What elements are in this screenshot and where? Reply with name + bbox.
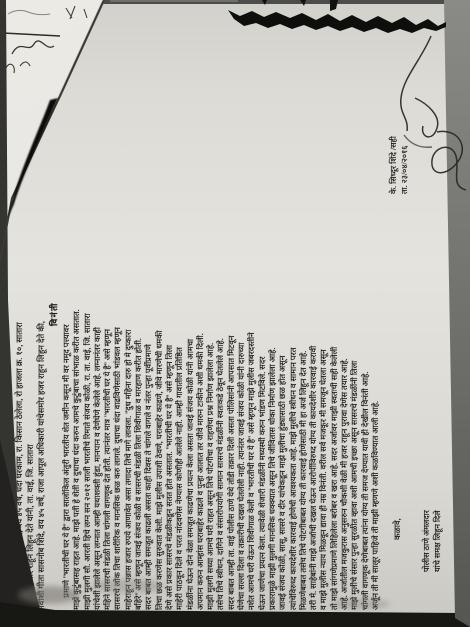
letter-line: प्रमाणे ''भारतीची घर ये है'' द्वारा सालो… xyxy=(62,13,72,610)
letter-line: अपमान करुन आम्हांस घराबाहेर काढले व पुन्… xyxy=(196,13,206,610)
letter-line: आहे. अर्जातील मजकुरास अनुसरुन चौकशी वेळी… xyxy=(340,13,350,610)
letter-line: सदर बाबत आम्ही समजूत काढली असता काही दिव… xyxy=(144,13,154,610)
letter-line: माझे मुलीचे संसार पुन्हा सुरळीत व्हावा अ… xyxy=(350,13,360,610)
handwriting-squiggle xyxy=(6,62,30,73)
letter-line: चांगली वागणूक देणेबाबत त्यांना योग्य ती … xyxy=(361,13,371,610)
letter-line: सासरचे लोक तिचा शारीरिक व मानसिक छळ करु … xyxy=(113,13,123,610)
page-top-edge xyxy=(110,0,238,2)
underline-mark xyxy=(3,33,60,36)
letter-line: माझे कुटुंबासह राहत आहे. माझे पती हे शेत… xyxy=(72,13,82,610)
letter-line: व माझे मुलीस न्याय मिळवून द्यावा ही नम्र… xyxy=(319,13,329,610)
letter-line: मंडळींना घेऊन दोन वेळा समजूत काढणेचा प्र… xyxy=(186,13,196,610)
letter-line: त्यांचेविरुध्द कायदेशीर कारवाई होणेची आव… xyxy=(289,13,299,610)
letter-line: बहिरे'' असे म्हणून जावई संजय कोळी व सासर… xyxy=(134,13,144,610)
letter-line: तो माझे सांगणेप्रमाणे लिहिलेला बरोबर व ख… xyxy=(330,13,340,610)
attestation-line: पोलीस ठाणे अंमलदार xyxy=(422,510,433,572)
letter-body: प्रमाणे ''भारतीची घर ये है'' द्वारा सालो… xyxy=(62,13,381,610)
letter-line: यांचेशी झालेले असून लग्नात आम्ही यथाशक्त… xyxy=(93,13,103,610)
letter-line: तसेच तिचे स्त्रीधन, दागिने व संसारोपयोगी… xyxy=(216,13,226,610)
letter-line: जावई संजय कोळी, सासू, सासरे व दीर यांचेक… xyxy=(278,13,288,610)
letter-line: मिळणेबाबत तसेच तिचे पोटगीबाबत योग्य ती क… xyxy=(299,13,309,610)
scanned-letter-page: श्रीमती गीता सासनोब शिंदे, वय ४५ वर्षे, … xyxy=(6,4,456,624)
letter-line: प्रकारामुळे माझी मुलगी मानसिक धक्क्यात अ… xyxy=(268,13,278,610)
signatory-name: के. सिध्दूर शिंदे /सही xyxy=(388,64,399,194)
letter-line: तिचा छळ करणेस सुरुवात केली. माझे मुलीस उ… xyxy=(155,13,165,610)
scan-smudge xyxy=(330,599,390,609)
pen-mark xyxy=(66,6,87,19)
pen-mark xyxy=(8,10,50,14)
signature-date: ता. २३/०४/२०१६ xyxy=(399,64,410,194)
letter-line: माहेराहून पन्नास हजार रुपये आणावेत असा त… xyxy=(124,13,134,610)
attestation-line: यांचे समक्ष लिहून दिले xyxy=(433,510,444,572)
scan-smudge xyxy=(92,579,164,593)
signature-block: के. सिध्दूर शिंदे /सही ता. २३/०४/२०१६ xyxy=(388,64,410,194)
letter-line: महिने सासरची मंडळी तिला चांगली वागणूक दे… xyxy=(103,13,113,610)
letter-line: अर्जून ती मी सालूर पाहिजे ती माझी म्हणणे… xyxy=(371,13,381,610)
letter-line: सदर बाबत आम्ही ता. वाई पोलीस ठाणे येथे त… xyxy=(227,13,237,610)
letter-line: माझी मुलगी सौ. आरती हिचे लग्न सन २०१२ सा… xyxy=(83,13,93,610)
letter-line: नशेत आमचे घरी येऊन शिवीगाळ केली व ''भारत… xyxy=(247,13,257,610)
attestation-block: पोलीस ठाणे अंमलदारयांचे समक्ष लिहून दिले xyxy=(422,510,443,572)
letter-closing: कळावे, xyxy=(392,518,403,540)
scanned-document-view: श्रीमती गीता सासनोब शिंदे, वय ४५ वर्षे, … xyxy=(0,0,470,627)
letter-line: माझी मुलगी सध्या आमचे घरी राहत असून तिचे… xyxy=(206,13,216,610)
letter-line: घेऊन जाणेचा प्रयत्न केला. त्यावेळी शेजार… xyxy=(258,13,268,610)
letter-line: देणे असे प्रकार सासरचे मंडळीकडून सतत होत… xyxy=(165,13,175,610)
letter-line: माहेरी पाठवून दिले व परत नांदवणेस नेण्या… xyxy=(175,13,185,610)
letter-line: घेणेचा सल्ला दिला व तक्रारीची दखल घेतलेल… xyxy=(237,13,247,610)
scan-smudge xyxy=(18,586,80,604)
letter-line: तरी मे. साहेबांनी माझे अर्जाची दखल घेऊन … xyxy=(309,13,319,610)
handwriting-squiggle xyxy=(12,41,54,54)
